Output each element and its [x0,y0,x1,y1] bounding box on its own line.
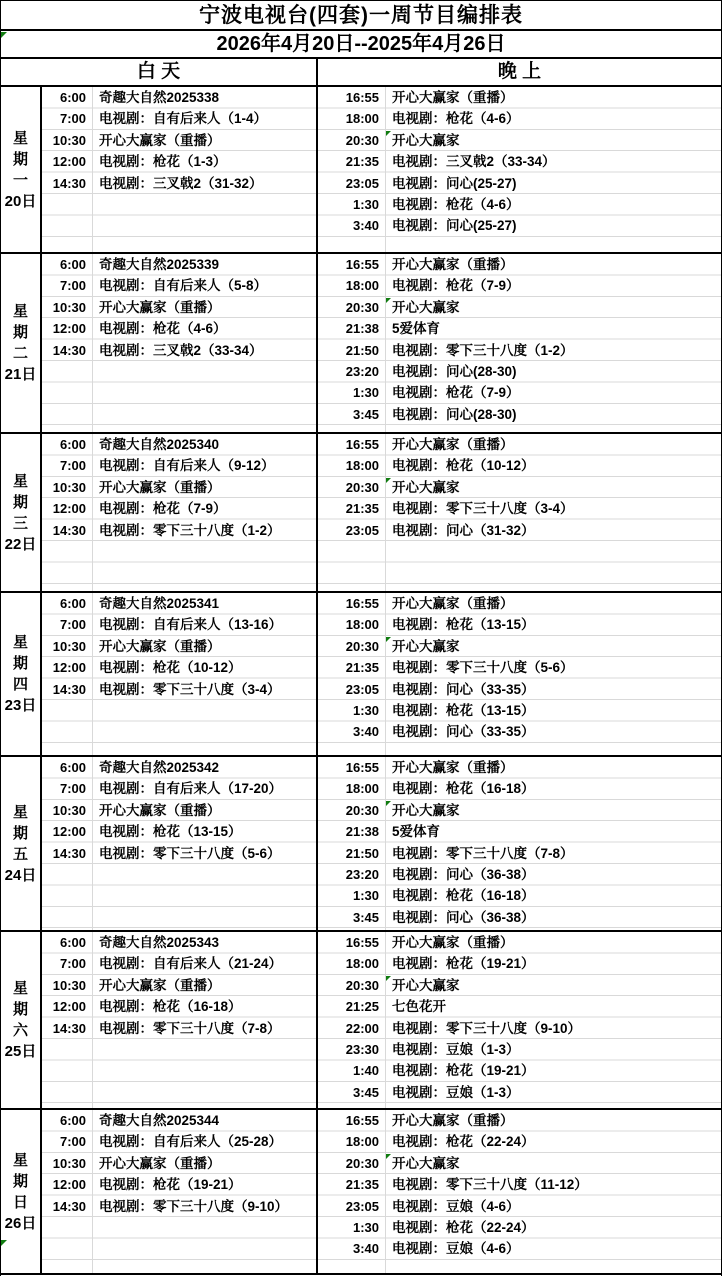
day-label-cell[interactable]: 星期日26日 [1,1110,42,1273]
day-label-text: 期 [13,149,28,170]
day-label-text: 二 [13,343,28,364]
program-cell[interactable]: 开心大赢家（重播） [93,975,316,996]
time-cell[interactable]: 6:00 [42,757,92,778]
time-cell[interactable]: 6:00 [42,1110,92,1131]
header-daytime: 白 天 [1,59,318,85]
program-cell[interactable]: 奇趣大自然2025342 [93,757,316,778]
daytime-program-column: 奇趣大自然2025340电视剧：自有后来人（9-12）开心大赢家（重播）电视剧：… [93,434,318,591]
time-cell[interactable]: 21:25 [318,996,385,1017]
day-block: 星期二21日6:007:0010:3012:0014:30奇趣大自然202533… [1,254,721,434]
day-label-text: 期 [13,823,28,844]
program-cell[interactable]: 开心大赢家 [386,975,721,996]
program-cell[interactable]: 电视剧：枪花（19-21） [386,953,721,974]
program-cell[interactable]: 电视剧：三叉戟2（33-34） [93,340,316,361]
time-cell[interactable]: 3:45 [318,907,385,928]
daytime-time-column: 6:007:0010:3012:0014:30 [42,932,93,1108]
time-cell[interactable]: 18:00 [318,953,385,974]
program-cell[interactable]: 5爱体育 [386,318,721,339]
day-label-text: 星 [13,802,28,823]
evening-time-column: 16:5518:0020:3021:3821:5023:201:303:45 [318,254,386,432]
program-cell[interactable]: 开心大赢家 [386,477,721,498]
program-cell[interactable]: 奇趣大自然2025341 [93,593,316,614]
day-label-text: 期 [13,1171,28,1192]
cell-flag-icon [386,801,391,806]
day-label-text: 期 [13,653,28,674]
time-cell[interactable]: 12:00 [42,996,92,1017]
evening-program-column: 开心大赢家（重播）电视剧：枪花（7-9）开心大赢家5爱体育电视剧：零下三十八度（… [386,254,721,432]
time-cell[interactable]: 23:05 [318,520,385,541]
program-cell[interactable]: 电视剧：三叉戟2（33-34） [386,151,721,172]
time-cell[interactable]: 16:55 [318,757,385,778]
day-label-text: 一 [13,170,28,191]
program-cell[interactable]: 电视剧：三叉戟2（31-32） [93,173,316,194]
day-block: 星期五24日6:007:0010:3012:0014:30奇趣大自然202534… [1,757,721,932]
day-label-text: 星 [13,632,28,653]
day-label-cell[interactable]: 星期六25日 [1,932,42,1108]
program-cell[interactable]: 开心大赢家（重播） [386,87,721,108]
program-cell[interactable]: 电视剧：问心(28-30) [386,404,721,425]
day-block: 星期六25日6:007:0010:3012:0014:30奇趣大自然202534… [1,932,721,1110]
time-cell[interactable]: 3:45 [318,1082,385,1103]
program-cell[interactable]: 电视剧：枪花（4-6） [386,194,721,215]
program-cell[interactable]: 电视剧：枪花（13-15） [93,821,316,842]
program-cell[interactable]: 电视剧：零下三十八度（5-6） [386,657,721,678]
time-cell[interactable]: 23:30 [318,1039,385,1060]
program-cell[interactable]: 奇趣大自然2025344 [93,1110,316,1131]
daytime-time-column: 6:007:0010:3012:0014:30 [42,254,93,432]
program-cell[interactable]: 电视剧：豆娘（1-3） [386,1082,721,1103]
program-cell[interactable]: 电视剧：枪花（19-21） [93,1174,316,1195]
program-cell[interactable]: 电视剧：自有后来人（13-16） [93,614,316,635]
program-cell[interactable]: 电视剧：枪花（7-9） [386,275,721,296]
day-label-text: 日 [13,1192,28,1213]
program-cell[interactable]: 开心大赢家（重播） [93,477,316,498]
day-label-text: 20日 [5,191,37,212]
time-cell[interactable]: 7:00 [42,108,92,129]
time-cell[interactable]: 21:35 [318,657,385,678]
program-cell[interactable]: 电视剧：问心(25-27) [386,173,721,194]
program-cell[interactable]: 电视剧：问心（31-32） [386,520,721,541]
time-cell[interactable]: 10:30 [42,800,92,821]
daytime-program-column: 奇趣大自然2025344电视剧：自有后来人（25-28）开心大赢家（重播）电视剧… [93,1110,318,1273]
cell-flag-icon [386,478,391,483]
time-cell[interactable]: 23:05 [318,679,385,700]
time-cell[interactable]: 14:30 [42,1196,92,1217]
program-cell[interactable]: 电视剧：枪花（10-12） [93,657,316,678]
time-cell[interactable]: 18:00 [318,778,385,799]
program-cell[interactable]: 电视剧：问心（33-35） [386,721,721,742]
bottom-left-flag-icon [1,1240,7,1246]
time-cell[interactable]: 20:30 [318,636,385,657]
day-label-text: 星 [13,301,28,322]
spreadsheet: 宁波电视台(四套)一周节目编排表 2026年4月20日--2025年4月26日 … [0,0,722,1276]
program-cell[interactable]: 电视剧：零下三十八度（11-12） [386,1174,721,1195]
program-cell[interactable]: 电视剧：枪花（13-15） [386,614,721,635]
program-cell[interactable]: 开心大赢家（重播） [93,636,316,657]
day-label-cell[interactable]: 星期五24日 [1,757,42,930]
evening-time-column: 16:5518:0020:3021:2522:0023:301:403:45 [318,932,386,1108]
program-cell[interactable]: 电视剧：枪花（19-21） [386,1060,721,1081]
time-cell[interactable]: 21:50 [318,843,385,864]
program-cell[interactable]: 电视剧：枪花（16-18） [386,778,721,799]
program-cell[interactable]: 电视剧：问心(25-27) [386,215,721,236]
program-cell[interactable]: 电视剧：自有后来人（17-20） [93,778,316,799]
time-cell[interactable]: 14:30 [42,1018,92,1039]
evening-time-column: 16:5518:0020:3021:3523:051:303:40 [318,87,386,252]
time-cell[interactable]: 20:30 [318,800,385,821]
program-cell[interactable]: 电视剧：豆娘（1-3） [386,1039,721,1060]
time-cell[interactable]: 21:35 [318,151,385,172]
day-label-text: 21日 [5,364,37,385]
daytime-program-column: 奇趣大自然2025338电视剧：自有后来人（1-4）开心大赢家（重播）电视剧：枪… [93,87,318,252]
evening-program-column: 开心大赢家（重播）电视剧：枪花（19-21）开心大赢家七色花开电视剧：零下三十八… [386,932,721,1108]
program-cell[interactable]: 开心大赢家（重播） [93,297,316,318]
schedule-body: 星期一20日6:007:0010:3012:0014:30奇趣大自然202533… [1,87,721,1275]
time-cell[interactable]: 10:30 [42,477,92,498]
time-cell[interactable]: 12:00 [42,821,92,842]
time-cell[interactable]: 10:30 [42,975,92,996]
program-cell[interactable]: 电视剧：零下三十八度（1-2） [386,340,721,361]
time-cell[interactable]: 14:30 [42,340,92,361]
program-cell[interactable]: 电视剧：枪花（16-18） [93,996,316,1017]
program-cell[interactable]: 开心大赢家（重播） [386,254,721,275]
time-cell[interactable]: 6:00 [42,434,92,455]
time-cell[interactable]: 16:55 [318,254,385,275]
program-cell[interactable]: 电视剧：问心（33-35） [386,679,721,700]
time-cell[interactable]: 7:00 [42,778,92,799]
time-cell[interactable]: 1:30 [318,700,385,721]
time-cell[interactable]: 1:40 [318,1060,385,1081]
program-cell[interactable]: 电视剧：枪花（7-9） [93,498,316,519]
program-cell[interactable]: 电视剧：豆娘（4-6） [386,1196,721,1217]
day-label-text: 22日 [5,534,37,555]
evening-time-column: 16:5518:0020:3021:3523:051:303:40 [318,1110,386,1273]
day-label-text: 六 [13,1020,28,1041]
program-cell[interactable]: 开心大赢家（重播） [93,130,316,151]
program-cell[interactable]: 开心大赢家（重播） [386,1110,721,1131]
evening-program-column: 开心大赢家（重播）电视剧：枪花（4-6）开心大赢家电视剧：三叉戟2（33-34）… [386,87,721,252]
program-cell[interactable]: 电视剧：枪花（22-24） [386,1217,721,1238]
evening-program-column: 开心大赢家（重播）电视剧：枪花（13-15）开心大赢家电视剧：零下三十八度（5-… [386,593,721,755]
day-label-text: 期 [13,492,28,513]
day-label-text: 24日 [5,865,37,886]
day-label-text: 三 [13,513,28,534]
program-cell[interactable]: 电视剧：零下三十八度（9-10） [93,1196,316,1217]
evening-program-column: 开心大赢家（重播）电视剧：枪花（22-24）开心大赢家电视剧：零下三十八度（11… [386,1110,721,1273]
time-cell[interactable]: 18:00 [318,614,385,635]
time-cell[interactable]: 21:50 [318,340,385,361]
daytime-time-column: 6:007:0010:3012:0014:30 [42,434,93,591]
time-cell[interactable]: 3:45 [318,404,385,425]
program-cell[interactable]: 电视剧：豆娘（4-6） [386,1238,721,1259]
program-cell[interactable]: 电视剧：自有后来人（25-28） [93,1131,316,1152]
program-cell[interactable]: 电视剧：自有后来人（5-8） [93,275,316,296]
program-cell[interactable]: 电视剧：枪花（16-18） [386,885,721,906]
time-cell[interactable]: 18:00 [318,1131,385,1152]
evening-program-column: 开心大赢家（重播）电视剧：枪花（10-12）开心大赢家电视剧：零下三十八度（3-… [386,434,721,591]
time-cell[interactable]: 18:00 [318,275,385,296]
time-cell[interactable]: 22:00 [318,1018,385,1039]
program-cell[interactable]: 开心大赢家（重播） [93,800,316,821]
daytime-time-column: 6:007:0010:3012:0014:30 [42,593,93,755]
program-cell[interactable]: 电视剧：枪花（10-12） [386,455,721,476]
daytime-program-column: 奇趣大自然2025342电视剧：自有后来人（17-20）开心大赢家（重播）电视剧… [93,757,318,930]
program-cell[interactable]: 电视剧：枪花（13-15） [386,700,721,721]
program-cell[interactable]: 开心大赢家（重播） [386,932,721,953]
program-cell[interactable]: 电视剧：自有后来人（1-4） [93,108,316,129]
daytime-time-column: 6:007:0010:3012:0014:30 [42,1110,93,1273]
header-evening: 晚 上 [318,59,721,85]
day-label-cell[interactable]: 星期四23日 [1,593,42,755]
cell-flag-icon [386,131,391,136]
cell-flag-icon [386,637,391,642]
time-cell[interactable]: 20:30 [318,130,385,151]
day-block: 星期四23日6:007:0010:3012:0014:30奇趣大自然202534… [1,593,721,757]
program-cell[interactable]: 奇趣大自然2025339 [93,254,316,275]
program-cell[interactable]: 电视剧：自有后来人（21-24） [93,953,316,974]
time-cell[interactable]: 7:00 [42,1131,92,1152]
day-label-text: 星 [13,978,28,999]
day-label-text: 26日 [5,1213,37,1234]
time-cell[interactable]: 6:00 [42,87,92,108]
time-cell[interactable]: 14:30 [42,520,92,541]
time-cell[interactable]: 14:30 [42,679,92,700]
program-cell[interactable]: 电视剧：自有后来人（9-12） [93,455,316,476]
cell-flag-icon [386,1154,391,1159]
time-cell[interactable]: 12:00 [42,318,92,339]
time-cell[interactable]: 16:55 [318,434,385,455]
day-label-text: 星 [13,471,28,492]
time-cell[interactable]: 1:30 [318,382,385,403]
program-cell[interactable]: 电视剧：枪花（1-3） [93,151,316,172]
program-cell[interactable]: 电视剧：枪花（7-9） [386,382,721,403]
time-cell[interactable]: 12:00 [42,657,92,678]
time-cell[interactable]: 6:00 [42,254,92,275]
time-cell[interactable]: 10:30 [42,636,92,657]
time-cell[interactable]: 12:00 [42,1174,92,1195]
time-cell[interactable]: 7:00 [42,455,92,476]
day-label-cell[interactable]: 星期二21日 [1,254,42,432]
time-cell[interactable]: 1:30 [318,194,385,215]
program-cell[interactable]: 开心大赢家（重播） [386,434,721,455]
time-cell[interactable]: 12:00 [42,151,92,172]
daytime-time-column: 6:007:0010:3012:0014:30 [42,87,93,252]
time-cell[interactable]: 21:35 [318,1174,385,1195]
time-cell[interactable]: 1:30 [318,885,385,906]
day-label-text: 五 [13,844,28,865]
time-cell[interactable]: 7:00 [42,953,92,974]
program-cell[interactable]: 开心大赢家（重播） [386,593,721,614]
program-cell[interactable]: 开心大赢家（重播） [93,1153,316,1174]
date-range: 2026年4月20日--2025年4月26日 [1,31,721,59]
day-label-text: 23日 [5,695,37,716]
program-cell[interactable]: 奇趣大自然2025343 [93,932,316,953]
day-label-cell[interactable]: 星期三22日 [1,434,42,591]
program-cell[interactable]: 电视剧：零下三十八度（5-6） [93,843,316,864]
header-row: 白 天 晚 上 [1,59,721,87]
day-label-text: 期 [13,999,28,1020]
day-label-text: 四 [13,674,28,695]
program-cell[interactable]: 开心大赢家 [386,130,721,151]
cell-flag-icon [386,976,391,981]
time-cell[interactable]: 7:00 [42,614,92,635]
program-cell[interactable]: 开心大赢家 [386,297,721,318]
time-cell[interactable]: 20:30 [318,1153,385,1174]
program-cell[interactable]: 电视剧：零下三十八度（3-4） [386,498,721,519]
program-cell[interactable]: 奇趣大自然2025340 [93,434,316,455]
daytime-program-column: 奇趣大自然2025343电视剧：自有后来人（21-24）开心大赢家（重播）电视剧… [93,932,318,1108]
time-cell[interactable]: 10:30 [42,1153,92,1174]
time-cell[interactable]: 14:30 [42,173,92,194]
time-cell[interactable]: 21:38 [318,318,385,339]
time-cell[interactable]: 21:38 [318,821,385,842]
time-cell[interactable]: 6:00 [42,932,92,953]
page-title: 宁波电视台(四套)一周节目编排表 [1,1,721,31]
evening-time-column: 16:5518:0020:3021:3523:05 [318,434,386,591]
time-cell[interactable]: 16:55 [318,593,385,614]
day-label-cell[interactable]: 星期一20日 [1,87,42,252]
program-cell[interactable]: 电视剧：零下三十八度（7-8） [386,843,721,864]
time-cell[interactable]: 20:30 [318,975,385,996]
program-cell[interactable]: 开心大赢家（重播） [386,757,721,778]
program-cell[interactable]: 开心大赢家 [386,800,721,821]
time-cell[interactable]: 14:30 [42,843,92,864]
day-label-text: 星 [13,128,28,149]
evening-time-column: 16:5518:0020:3021:3821:5023:201:303:45 [318,757,386,930]
day-label-text: 25日 [5,1041,37,1062]
daytime-time-column: 6:007:0010:3012:0014:30 [42,757,93,930]
cell-flag-icon [386,298,391,303]
program-cell[interactable]: 5爱体育 [386,821,721,842]
evening-program-column: 开心大赢家（重播）电视剧：枪花（16-18）开心大赢家5爱体育电视剧：零下三十八… [386,757,721,930]
program-cell[interactable]: 七色花开 [386,996,721,1017]
time-cell[interactable]: 10:30 [42,130,92,151]
program-cell[interactable]: 电视剧：零下三十八度（3-4） [93,679,316,700]
program-cell[interactable]: 电视剧：零下三十八度（1-2） [93,520,316,541]
program-cell[interactable]: 电视剧：枪花（4-6） [386,108,721,129]
program-cell[interactable]: 开心大赢家 [386,636,721,657]
time-cell[interactable]: 3:40 [318,1238,385,1259]
time-cell[interactable]: 3:40 [318,215,385,236]
time-cell[interactable]: 18:00 [318,455,385,476]
program-cell[interactable]: 开心大赢家 [386,1153,721,1174]
program-cell[interactable]: 电视剧：问心（36-38） [386,864,721,885]
evening-time-column: 16:5518:0020:3021:3523:051:303:40 [318,593,386,755]
daytime-program-column: 奇趣大自然2025339电视剧：自有后来人（5-8）开心大赢家（重播）电视剧：枪… [93,254,318,432]
program-cell[interactable]: 电视剧：零下三十八度（9-10） [386,1018,721,1039]
time-cell[interactable]: 7:00 [42,275,92,296]
day-label-text: 星 [13,1150,28,1171]
day-block: 星期一20日6:007:0010:3012:0014:30奇趣大自然202533… [1,87,721,254]
program-cell[interactable]: 电视剧：枪花（22-24） [386,1131,721,1152]
time-cell[interactable]: 16:55 [318,87,385,108]
time-cell[interactable]: 20:30 [318,477,385,498]
time-cell[interactable]: 23:20 [318,361,385,382]
program-cell[interactable]: 电视剧：枪花（4-6） [93,318,316,339]
program-cell[interactable]: 电视剧：问心(28-30) [386,361,721,382]
day-block: 星期三22日6:007:0010:3012:0014:30奇趣大自然202534… [1,434,721,593]
time-cell[interactable]: 18:00 [318,108,385,129]
time-cell[interactable]: 6:00 [42,593,92,614]
date-row-left-flag-icon [1,32,7,38]
program-cell[interactable]: 电视剧：零下三十八度（7-8） [93,1018,316,1039]
daytime-program-column: 奇趣大自然2025341电视剧：自有后来人（13-16）开心大赢家（重播）电视剧… [93,593,318,755]
time-cell[interactable]: 21:35 [318,498,385,519]
time-cell[interactable]: 23:05 [318,173,385,194]
program-cell[interactable]: 奇趣大自然2025338 [93,87,316,108]
day-label-text: 期 [13,322,28,343]
time-cell[interactable]: 1:30 [318,1217,385,1238]
day-block: 星期日26日6:007:0010:3012:0014:30奇趣大自然202534… [1,1110,721,1275]
time-cell[interactable]: 16:55 [318,1110,385,1131]
time-cell[interactable]: 23:05 [318,1196,385,1217]
time-cell[interactable]: 23:20 [318,864,385,885]
program-cell[interactable]: 电视剧：问心（36-38） [386,907,721,928]
time-cell[interactable]: 12:00 [42,498,92,519]
time-cell[interactable]: 10:30 [42,297,92,318]
time-cell[interactable]: 16:55 [318,932,385,953]
time-cell[interactable]: 20:30 [318,297,385,318]
time-cell[interactable]: 3:40 [318,721,385,742]
